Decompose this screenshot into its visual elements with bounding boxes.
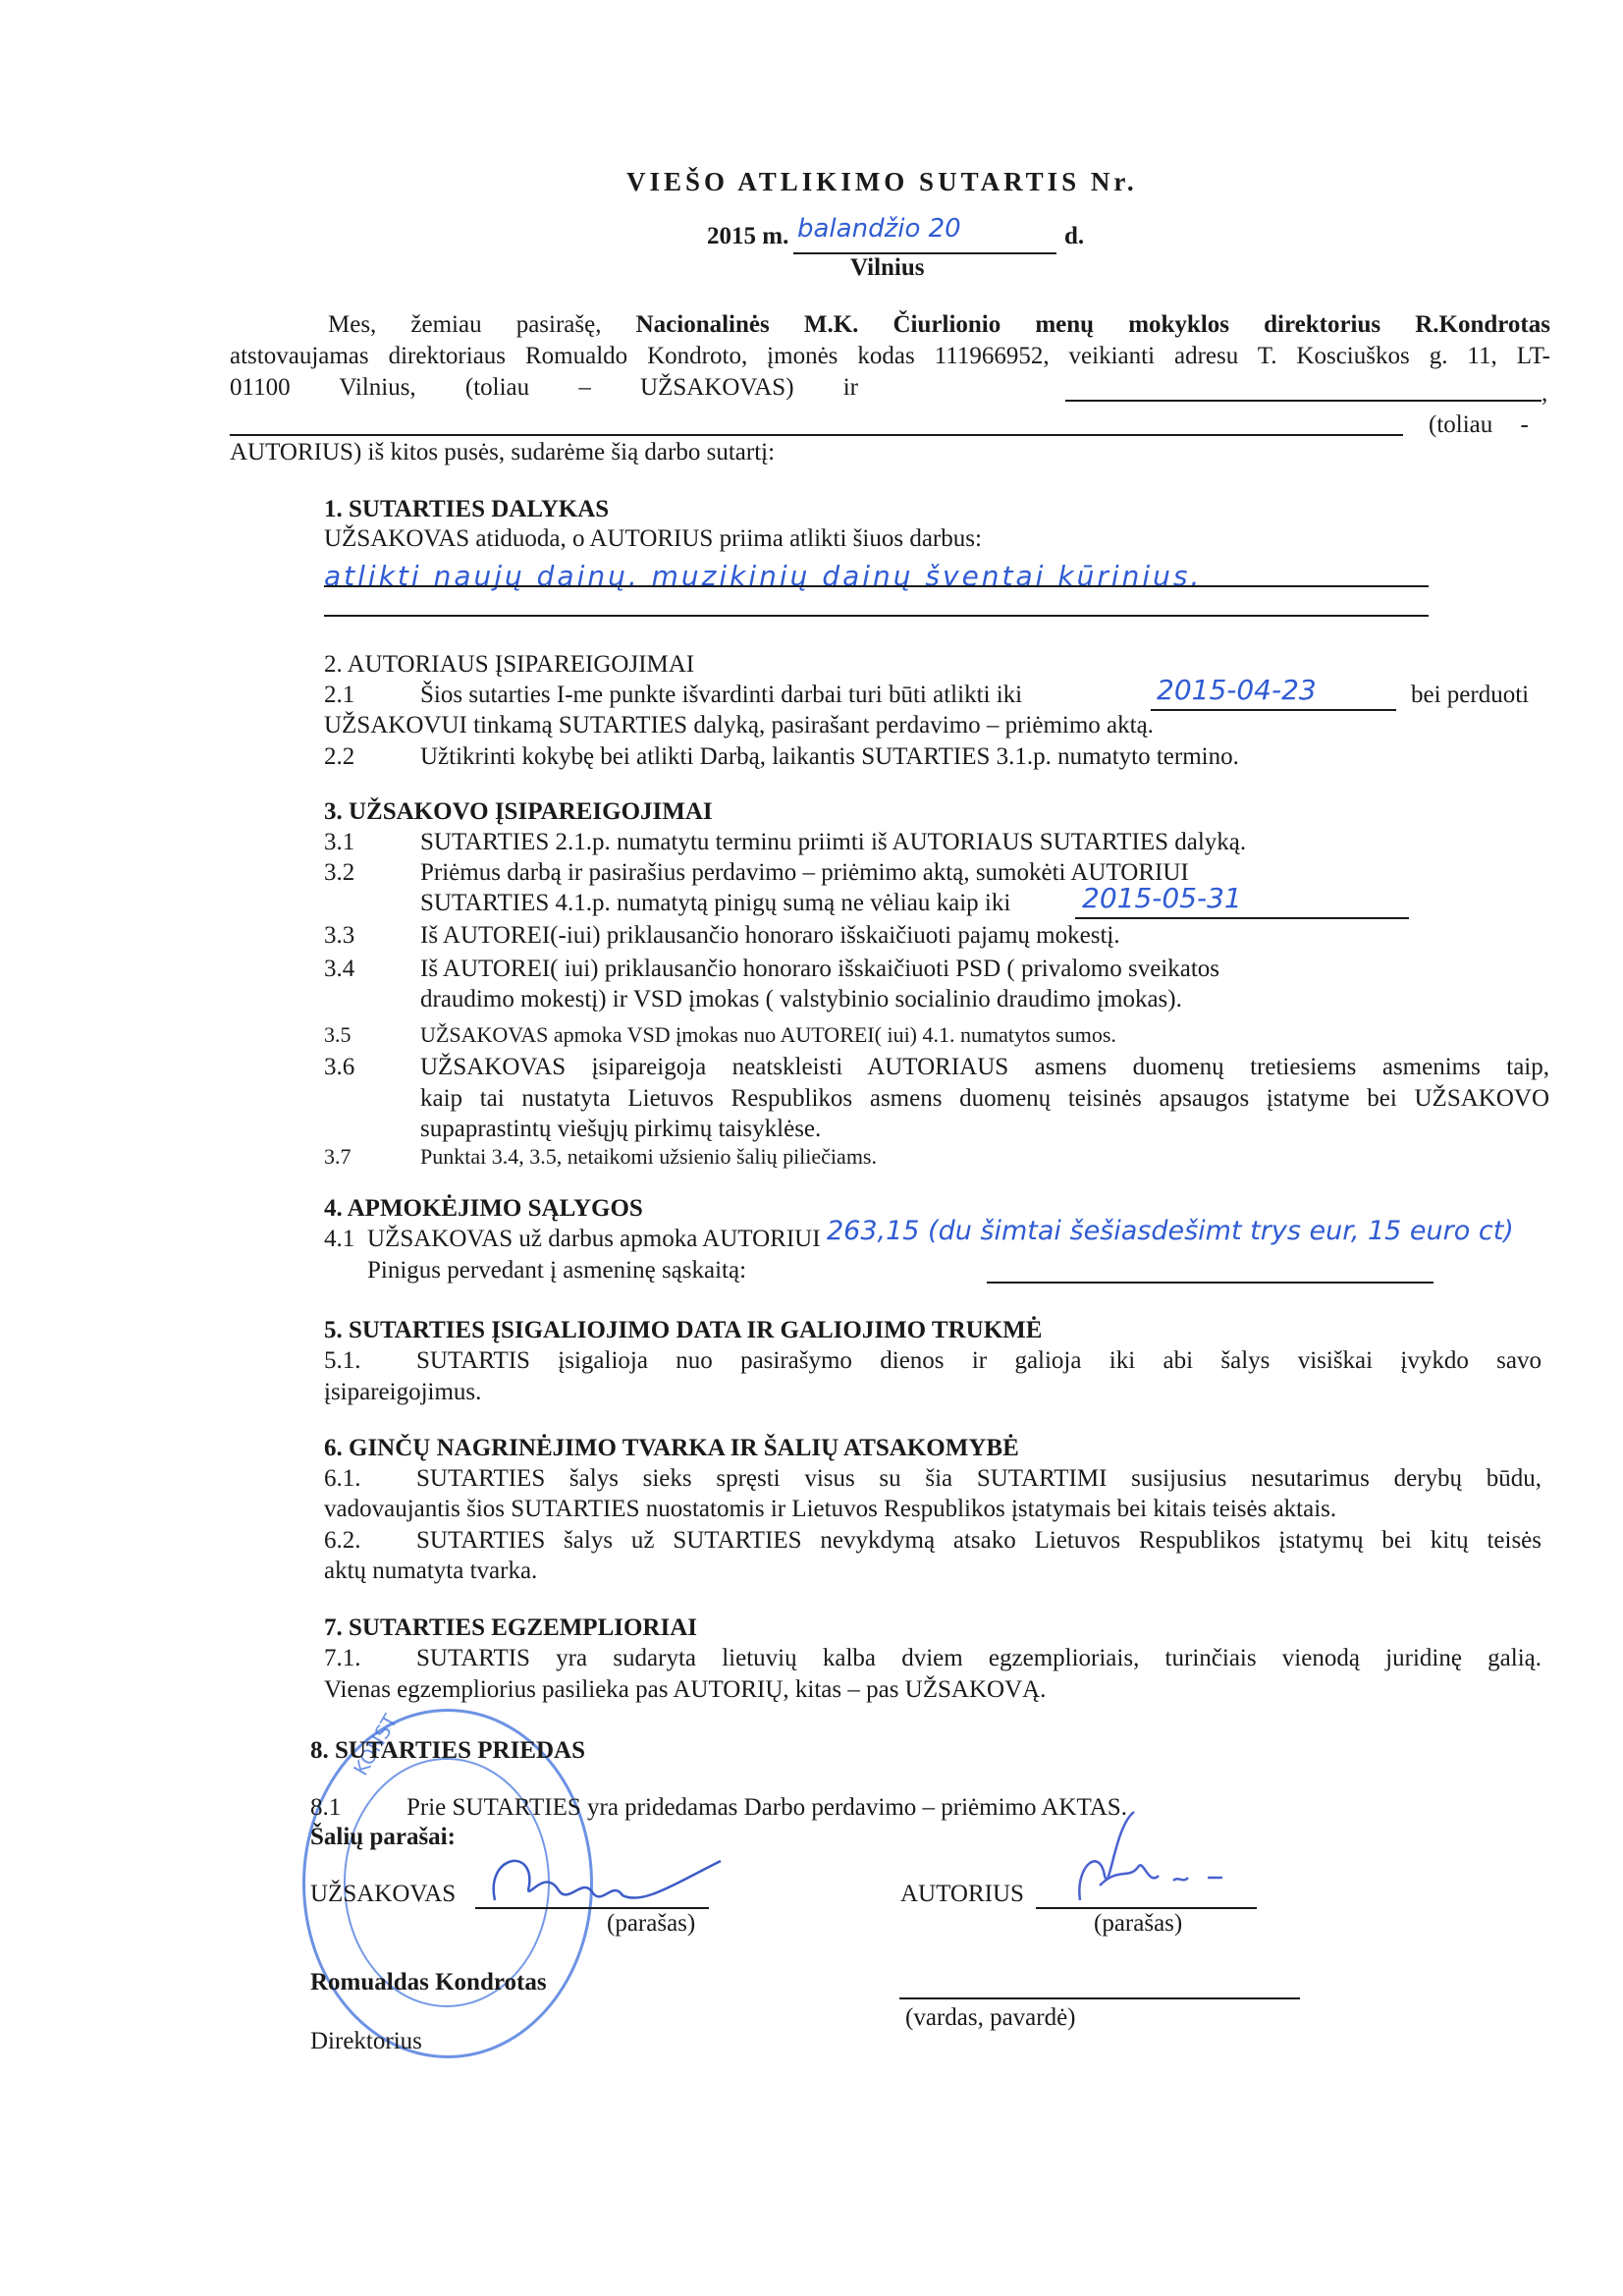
item-6-1-text-2: vadovaujantis šios SUTARTIES nuostatomis…	[324, 1495, 1336, 1524]
deadline-line	[1151, 709, 1396, 711]
item-5-1-num: 5.1.	[324, 1346, 361, 1376]
item-3-4-num: 3.4	[324, 955, 354, 984]
payment-amount-handwritten: 263,15 (du šimtai šešiasdešimt trys eur,…	[827, 1216, 1514, 1246]
author-signature-icon	[1060, 1807, 1257, 1915]
item-7-1-num: 7.1.	[324, 1644, 361, 1673]
section-3-heading: 3. UŽSAKOVO ĮSIPAREIGOJIMAI	[324, 797, 713, 827]
item-3-5-text: UŽSAKOVAS apmoka VSD įmokas nuo AUTOREI(…	[420, 1021, 1116, 1049]
item-8-1-num: 8.1	[310, 1793, 341, 1823]
item-3-6-num: 3.6	[324, 1053, 354, 1082]
author-label: AUTORIUS	[900, 1880, 1024, 1909]
item-3-7-text: Punktai 3.4, 3.5, netaikomi užsienio šal…	[420, 1143, 877, 1171]
item-3-7-num: 3.7	[324, 1143, 352, 1171]
item-6-2-text: SUTARTIES šalys už SUTARTIES nevykdymą a…	[416, 1526, 1542, 1556]
date-suffix: d.	[1064, 222, 1084, 251]
item-3-1-text: SUTARTIES 2.1.p. numatytu terminu priimt…	[420, 828, 1246, 857]
comma: ,	[1542, 379, 1547, 409]
author-name-caption: (vardas, pavardė)	[905, 2003, 1076, 2033]
works-line-2	[324, 615, 1429, 617]
works-line-1	[324, 585, 1429, 587]
date-underline	[793, 252, 1056, 254]
author-name-line-bottom	[899, 1997, 1300, 1999]
account-line	[987, 1282, 1434, 1284]
section-4-heading: 4. APMOKĖJIMO SĄLYGOS	[324, 1194, 643, 1224]
author-details-line	[230, 434, 1403, 436]
intro-line-1: Mes, žemiau pasirašę, Nacionalinės M.K. …	[230, 310, 1550, 340]
item-7-1-text: SUTARTIS yra sudaryta lietuvių kalba dvi…	[416, 1644, 1542, 1673]
item-3-4-text: Iš AUTOREI( iui) priklausančio honoraro …	[420, 955, 1219, 984]
item-3-2-text-2: SUTARTIES 4.1.p. numatytą pinigų sumą ne…	[420, 889, 1010, 918]
signatures-heading: Šalių parašai:	[310, 1823, 456, 1852]
item-6-2-text-2: aktų numatyta tvarka.	[324, 1557, 537, 1586]
item-2-2-text: Užtikrinti kokybę bei atlikti Darbą, lai…	[420, 742, 1239, 772]
item-5-1-text-2: įsipareigojimus.	[324, 1378, 481, 1407]
account-label: Pinigus pervedant į asmeninę sąskaitą:	[367, 1256, 746, 1285]
section-2-heading: 2. AUTORIAUS ĮSIPAREIGOJIMAI	[324, 650, 694, 680]
item-2-2-num: 2.2	[324, 742, 354, 772]
author-name-line	[1065, 400, 1542, 402]
item-4-1-text: UŽSAKOVAS už darbus apmoka AUTORIUI	[367, 1225, 821, 1254]
section-8-heading: 8. SUTARTIES PRIEDAS	[310, 1736, 585, 1766]
section-1-heading: 1. SUTARTIES DALYKAS	[324, 495, 609, 524]
item-2-1-text: Šios sutarties I-me punkte išvardinti da…	[420, 681, 1022, 710]
client-signature-caption: (parašas)	[607, 1909, 695, 1939]
item-3-2-handwritten-date: 2015-05-31	[1082, 882, 1242, 914]
item-3-2-num: 3.2	[324, 858, 354, 888]
intro-line-5: AUTORIUS) iš kitos pusės, sudarėme šią d…	[230, 438, 775, 467]
author-signature-caption: (parašas)	[1094, 1909, 1182, 1939]
item-2-1-text-c: UŽSAKOVUI tinkamą SUTARTIES dalyką, pasi…	[324, 711, 1154, 740]
item-2-1-num: 2.1	[324, 681, 354, 710]
item-2-1-handwritten-date: 2015-04-23	[1157, 674, 1317, 706]
item-5-1-text: SUTARTIS įsigalioja nuo pasirašymo dieno…	[416, 1346, 1542, 1376]
item-3-4-text-2: draudimo mokestį) ir VSD įmokas ( valsty…	[420, 985, 1182, 1014]
toliau-label: (toliau -	[1429, 410, 1529, 440]
item-3-5-num: 3.5	[324, 1021, 352, 1049]
city: Vilnius	[850, 253, 925, 283]
date-handwritten: balandžio 20	[797, 214, 961, 244]
date-prefix: 2015 m.	[707, 222, 788, 251]
item-6-1-num: 6.1.	[324, 1464, 361, 1494]
item-3-3-num: 3.3	[324, 921, 354, 951]
document-title: VIEŠO ATLIKIMO SUTARTIS Nr.	[626, 167, 1138, 197]
client-role: Direktorius	[310, 2027, 422, 2056]
item-6-2-num: 6.2.	[324, 1526, 361, 1556]
item-3-2-text: Priėmus darbą ir pasirašius perdavimo – …	[420, 858, 1189, 888]
item-6-1-text: SUTARTIES šalys sieks spręsti visus su š…	[416, 1464, 1542, 1494]
item-3-6-text-3: supaprastintų viešųjų pirkimų taisyklėse…	[420, 1115, 821, 1144]
item-8-1-text: Prie SUTARTIES yra pridedamas Darbo perd…	[406, 1793, 1127, 1823]
item-3-6-text-2: kaip tai nustatyta Lietuvos Respublikos …	[420, 1084, 1549, 1114]
intro-line-3: 01100 Vilnius, (toliau – UŽSAKOVAS) ir	[230, 373, 858, 403]
section-1-handwritten-works: atlikti naujų dainų. muzikinių dainų šve…	[324, 560, 1202, 592]
item-7-1-text-2: Vienas egzempliorius pasilieka pas AUTOR…	[324, 1675, 1046, 1705]
client-signature-icon	[475, 1846, 750, 1915]
item-3-6-text: UŽSAKOVAS įsipareigoja neatskleisti AUTO…	[420, 1053, 1549, 1082]
item-2-1-text-b: bei perduoti	[1411, 681, 1529, 710]
section-1-text: UŽSAKOVAS atiduoda, o AUTORIUS priima at…	[324, 524, 982, 554]
section-5-heading: 5. SUTARTIES ĮSIGALIOJIMO DATA IR GALIOJ…	[324, 1316, 1042, 1345]
client-name: Romualdas Kondrotas	[310, 1968, 547, 1997]
item-3-3-text: Iš AUTOREI(-iui) priklausančio honoraro …	[420, 921, 1120, 951]
section-6-heading: 6. GINČŲ NAGRINĖJIMO TVARKA IR ŠALIŲ ATS…	[324, 1434, 1019, 1463]
client-label: UŽSAKOVAS	[310, 1880, 456, 1909]
intro-line-2: atstovaujamas direktoriaus Romualdo Kond…	[230, 342, 1550, 371]
item-3-1-num: 3.1	[324, 828, 354, 857]
section-7-heading: 7. SUTARTIES EGZEMPLIORIAI	[324, 1613, 697, 1643]
payment-deadline-line	[1075, 917, 1409, 919]
item-4-1-num: 4.1	[324, 1225, 354, 1254]
